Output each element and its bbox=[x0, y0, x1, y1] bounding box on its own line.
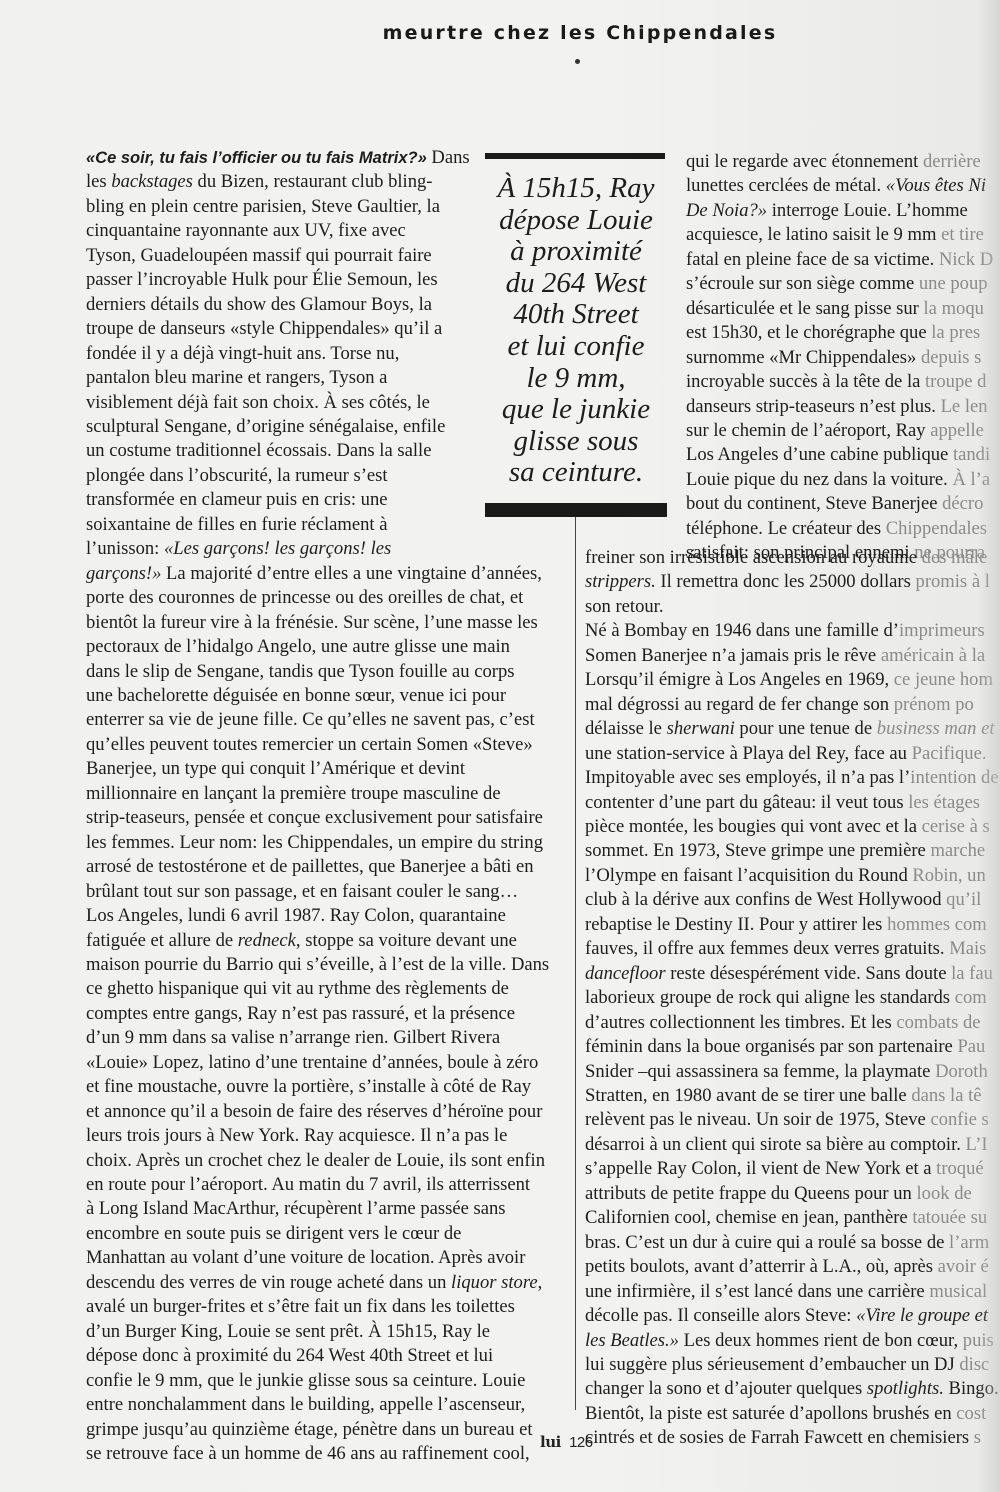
text-line: décolle pas. Il conseille alors Steve: «… bbox=[585, 1304, 1000, 1328]
text-segment: téléphone. Le créateur des bbox=[686, 518, 886, 539]
text-segment: qu’elles peuvent toutes remercier un cer… bbox=[86, 734, 533, 755]
text-segment: backstages bbox=[111, 171, 193, 192]
text-segment: la fau bbox=[951, 963, 993, 984]
text-segment: leurs trois jours à New York. Ray acquie… bbox=[86, 1125, 507, 1146]
text-segment: sherwani bbox=[667, 718, 735, 739]
text-segment: fauves, il offre aux femmes deux verres … bbox=[585, 938, 949, 959]
text-segment: Il remettra donc les 25000 dollars bbox=[656, 571, 916, 592]
text-segment: se retrouve face à un homme de 46 ans au… bbox=[86, 1443, 530, 1464]
text-line: encombre en soute puis se dirigent vers … bbox=[86, 1222, 556, 1246]
text-segment: cinquantaine rayonnante aux UV, fixe ave… bbox=[86, 220, 406, 241]
text-line: pièce montée, les bougies qui vont avec … bbox=[585, 815, 1000, 839]
text-segment: Les deux hommes rient de bon cœur, bbox=[679, 1330, 963, 1351]
text-segment: «Vous êtes Ni bbox=[886, 175, 986, 196]
text-line: petits boulots, avant d’atterrir à L.A.,… bbox=[585, 1255, 1000, 1279]
pull-quote-line: du 264 West bbox=[485, 268, 667, 300]
text-segment: lui suggère plus sérieusement d’embauche… bbox=[585, 1354, 959, 1375]
text-segment: d’un Burger King, Louie se sent prêt. À … bbox=[86, 1321, 490, 1342]
pull-quote-top-rule bbox=[485, 153, 665, 159]
text-segment: désarroi à un client qui sirote sa bière… bbox=[585, 1134, 966, 1155]
text-segment: avalé un burger-frites et s’être fait un… bbox=[86, 1296, 515, 1317]
text-line: relèvent pas le niveau. Un soir de 1975,… bbox=[585, 1108, 1000, 1132]
text-segment: d’autres collectionnent les timbres. Et … bbox=[585, 1012, 896, 1033]
text-segment: les bbox=[86, 171, 111, 192]
text-segment: descendu des verres de vin rouge acheté … bbox=[86, 1272, 451, 1293]
text-segment: une poup bbox=[919, 273, 988, 294]
text-segment: décolle pas. Il conseille alors Steve: bbox=[585, 1305, 856, 1326]
text-line: surnomme «Mr Chippendales» depuis s bbox=[686, 346, 1000, 370]
text-segment: tandi bbox=[953, 444, 990, 465]
text-line: Los Angeles d’une cabine publique tandi bbox=[686, 443, 1000, 467]
text-line: Stratten, en 1980 avant de se tirer une … bbox=[585, 1084, 1000, 1108]
text-segment: freiner son irrésistible ascension au ro… bbox=[585, 547, 922, 568]
pull-quote-line: et lui confie bbox=[485, 331, 667, 363]
text-segment: et tire bbox=[941, 224, 984, 245]
text-segment: les étages bbox=[908, 792, 980, 813]
text-segment: les femmes. Leur nom: les Chippendales, … bbox=[86, 832, 543, 853]
text-segment: dancefloor bbox=[585, 963, 666, 984]
text-segment: business man et bbox=[877, 718, 995, 739]
text-segment: spotlights. bbox=[867, 1378, 944, 1399]
text-line: cintrés et de sosies de Farrah Fawcett e… bbox=[585, 1426, 1000, 1450]
text-segment: délaisse le bbox=[585, 718, 667, 739]
text-line: est 15h30, et le chorégraphe que la pres bbox=[686, 321, 1000, 345]
text-segment: féminin dans la boue organisés par son p… bbox=[585, 1036, 957, 1057]
text-line: brûlant tout sur son passage, et en fais… bbox=[86, 880, 556, 904]
text-segment: derrière bbox=[923, 151, 981, 172]
text-segment: fatiguée et allure de bbox=[86, 930, 238, 951]
text-line: porte des couronnes de princesse ou des … bbox=[86, 586, 556, 610]
text-segment: son retour. bbox=[585, 596, 664, 617]
text-segment: Louie pique du nez dans la voiture. bbox=[686, 469, 952, 490]
text-segment: garçons!» bbox=[86, 563, 161, 584]
text-segment: Robin, un bbox=[912, 865, 985, 886]
text-segment: Californien cool, chemise en jean, panth… bbox=[585, 1207, 912, 1228]
text-segment: millionnaire en lançant la première trou… bbox=[86, 783, 501, 804]
text-line: s’écroule sur son siège comme une poup bbox=[686, 272, 1000, 296]
text-line: lunettes cerclées de métal. «Vous êtes N… bbox=[686, 174, 1000, 198]
text-line: les femmes. Leur nom: les Chippendales, … bbox=[86, 831, 556, 855]
page-footer: lui 126 bbox=[540, 1432, 593, 1452]
text-segment: ce ghetto hispanique qui vit au rythme d… bbox=[86, 978, 509, 999]
text-segment: ce jeune hom bbox=[894, 669, 993, 690]
ornament-dot bbox=[575, 59, 580, 64]
text-segment: une station-service à Playa del Rey, fac… bbox=[585, 743, 912, 764]
text-line: et fine moustache, ouvre la portière, s’… bbox=[86, 1075, 556, 1099]
text-segment: Pacifique. bbox=[912, 743, 987, 764]
text-segment: club à la dérive aux confins de West Hol… bbox=[585, 889, 946, 910]
text-segment: laborieux groupe de rock qui aligne les … bbox=[585, 987, 955, 1008]
text-segment: Nick D bbox=[939, 249, 993, 270]
text-segment: enterrer sa vie de jeune fille. Ce qu’el… bbox=[86, 709, 535, 730]
text-line: attributs de petite frappe du Queens pou… bbox=[585, 1182, 1000, 1206]
text-line: l’unisson: «Les garçons! les garçons! le… bbox=[86, 537, 556, 561]
pull-quote-line: le 9 mm, bbox=[485, 363, 667, 395]
text-segment: imprimeurs bbox=[899, 620, 985, 641]
text-line: De Noia?» interroge Louie. L’homme bbox=[686, 199, 1000, 223]
text-segment: troqué bbox=[936, 1158, 984, 1179]
text-line: à Long Island MacArthur, récupèrent l’ar… bbox=[86, 1197, 556, 1221]
text-segment: surnomme «Mr Chippendales» bbox=[686, 347, 921, 368]
text-line: ce ghetto hispanique qui vit au rythme d… bbox=[86, 977, 556, 1001]
text-segment: strippers. bbox=[585, 571, 656, 592]
text-segment: Mais bbox=[949, 938, 986, 959]
text-segment: promis à l bbox=[916, 571, 990, 592]
text-segment: cintrés et de sosies de Farrah Fawcett e… bbox=[585, 1427, 974, 1448]
text-segment: qu’il bbox=[946, 889, 981, 910]
text-line: «Louie» Lopez, latino d’une trentaine d’… bbox=[86, 1051, 556, 1075]
text-segment: fatal en pleine face de sa victime. bbox=[686, 249, 939, 270]
text-segment: «Ce soir, tu fais l’officier ou tu fais … bbox=[86, 149, 427, 167]
text-line: enterrer sa vie de jeune fille. Ce qu’el… bbox=[86, 708, 556, 732]
text-line: d’un Burger King, Louie se sent prêt. À … bbox=[86, 1320, 556, 1344]
text-segment: s bbox=[974, 1427, 981, 1448]
text-segment: transformée en clameur puis en cris: une bbox=[86, 489, 388, 510]
pull-quote-line: À 15h15, Ray bbox=[485, 173, 667, 205]
text-line: dancefloor reste désespérément vide. San… bbox=[585, 962, 1000, 986]
pull-quote-text: À 15h15, Raydépose Louieà proximitédu 26… bbox=[485, 173, 667, 489]
text-line: délaisse le sherwani pour une tenue de b… bbox=[585, 717, 1000, 741]
text-line: fatiguée et allure de redneck, stoppe sa… bbox=[86, 929, 556, 953]
text-segment: grimpe jusqu’au quinzième étage, pénètre… bbox=[86, 1419, 533, 1440]
pull-quote-line: glisse sous bbox=[485, 426, 667, 458]
text-segment: passer l’incroyable Hulk pour Élie Semou… bbox=[86, 269, 438, 290]
text-segment: visiblement déjà fait son choix. À ses c… bbox=[86, 392, 430, 413]
text-segment: relèvent pas le niveau. Un soir de 1975,… bbox=[585, 1109, 930, 1130]
text-line: Bientôt, la piste est saturée d’apollons… bbox=[585, 1402, 1000, 1426]
text-segment: en route pour l’aéroport. Au matin du 7 … bbox=[86, 1174, 530, 1195]
pull-quote-line: sa ceinture. bbox=[485, 457, 667, 489]
text-segment: Los Angeles, lundi 6 avril 1987. Ray Col… bbox=[86, 905, 506, 926]
article-column-right-upper: qui le regarde avec étonnement derrièrel… bbox=[686, 150, 1000, 566]
text-segment: bling en plein centre parisien, Steve Ga… bbox=[86, 196, 440, 217]
text-line: bout du continent, Steve Banerjee décro bbox=[686, 492, 1000, 516]
text-line: et annonce qu’il a besoin de faire des r… bbox=[86, 1100, 556, 1124]
text-segment: troupe d bbox=[925, 371, 986, 392]
text-segment: redneck bbox=[238, 930, 296, 951]
pull-quote-line: dépose Louie bbox=[485, 205, 667, 237]
text-segment: «Louie» Lopez, latino d’une trentaine d’… bbox=[86, 1052, 538, 1073]
text-segment: contenter d’une part du gâteau: il veut … bbox=[585, 792, 908, 813]
running-title: meurtre chez les Chippendales bbox=[330, 22, 830, 44]
text-line: confie le 9 mm, que le junkie glisse sou… bbox=[86, 1369, 556, 1393]
text-line: Banerjee, un type qui conquit l’Amérique… bbox=[86, 757, 556, 781]
text-segment: marche bbox=[930, 840, 985, 861]
text-segment: comptes entre gangs, Ray n’est pas rassu… bbox=[86, 1003, 515, 1024]
text-segment: cost bbox=[956, 1403, 986, 1424]
text-line: bientôt la fureur vire à la frénésie. Su… bbox=[86, 611, 556, 635]
text-line: s’appelle Ray Colon, il vient de New Yor… bbox=[585, 1157, 1000, 1181]
text-segment: look de bbox=[917, 1183, 972, 1204]
text-segment: Pau bbox=[957, 1036, 985, 1057]
text-segment: porte des couronnes de princesse ou des … bbox=[86, 587, 523, 608]
text-segment: disc bbox=[959, 1354, 989, 1375]
text-segment: depuis s bbox=[921, 347, 981, 368]
text-segment: confie s bbox=[930, 1109, 988, 1130]
text-segment: une infirmière, il s’est lancé dans une … bbox=[585, 1281, 929, 1302]
text-segment: rebaptise le Destiny II. Pour y attirer … bbox=[585, 914, 887, 935]
text-segment: Tyson, Guadeloupéen massif qui pourrait … bbox=[86, 245, 432, 266]
pull-quote-bottom-rule bbox=[485, 503, 667, 517]
text-segment: une bachelorette déguisée en bonne sœur,… bbox=[86, 685, 506, 706]
text-segment: Bientôt, la piste est saturée d’apollons… bbox=[585, 1403, 956, 1424]
text-segment: , bbox=[538, 1272, 543, 1293]
text-line: maison pourrie du Barrio qui s’éveille, … bbox=[86, 953, 556, 977]
text-segment: désarticulée et le sang pisse sur bbox=[686, 298, 924, 319]
text-line: changer la sono et d’ajouter quelques sp… bbox=[585, 1377, 1000, 1401]
text-segment: acquiesce, le latino saisit le 9 mm bbox=[686, 224, 941, 245]
text-line: freiner son irrésistible ascension au ro… bbox=[585, 546, 1000, 570]
text-line: en route pour l’aéroport. Au matin du 7 … bbox=[86, 1173, 556, 1197]
text-segment: s’écroule sur son siège comme bbox=[686, 273, 919, 294]
text-line: strip-teaseurs, pensée et conçue exclusi… bbox=[86, 806, 556, 830]
text-line: dépose donc à proximité du 264 West 40th… bbox=[86, 1344, 556, 1368]
text-segment: arrosé de testostérone et de paillettes,… bbox=[86, 856, 534, 877]
text-segment: bout du continent, Steve Banerjee bbox=[686, 493, 942, 514]
text-line: l’Olympe en faisant l’acquisition du Rou… bbox=[585, 864, 1000, 888]
text-line: sommet. En 1973, Steve grimpe une premiè… bbox=[585, 839, 1000, 863]
text-line: désarroi à un client qui sirote sa bière… bbox=[585, 1133, 1000, 1157]
text-segment: «Les garçons! les garçons! les bbox=[164, 538, 391, 559]
text-segment: com bbox=[955, 987, 987, 1008]
text-line: strippers. Il remettra donc les 25000 do… bbox=[585, 570, 1000, 594]
text-segment: musical bbox=[929, 1281, 987, 1302]
text-line: lui suggère plus sérieusement d’embauche… bbox=[585, 1353, 1000, 1377]
text-segment: d’un 9 mm dans sa valise n’arrange rien.… bbox=[86, 1027, 500, 1048]
text-segment: mal dégrossi au regard de fer change son bbox=[585, 694, 894, 715]
text-segment: La majorité d’entre elles a une vingtain… bbox=[161, 563, 542, 584]
text-segment: la moqu bbox=[924, 298, 984, 319]
text-line: danseurs strip-teaseurs n’est plus. Le l… bbox=[686, 395, 1000, 419]
text-line: millionnaire en lançant la première trou… bbox=[86, 782, 556, 806]
pull-quote: À 15h15, Raydépose Louieà proximitédu 26… bbox=[485, 153, 667, 489]
text-segment: dépose donc à proximité du 264 West 40th… bbox=[86, 1345, 493, 1366]
text-segment: incroyable succès à la tête de la bbox=[686, 371, 925, 392]
text-line: Né à Bombay en 1946 dans une famille d’i… bbox=[585, 619, 1000, 643]
text-segment: sur le chemin de l’aéroport, Ray bbox=[686, 420, 930, 441]
text-line: rebaptise le Destiny II. Pour y attirer … bbox=[585, 913, 1000, 937]
text-line: Somen Banerjee n’a jamais pris le rêve a… bbox=[585, 644, 1000, 668]
text-segment: Impitoyable avec ses employés, il n’a pa… bbox=[585, 767, 910, 788]
text-segment: danseurs strip-teaseurs n’est plus. bbox=[686, 396, 941, 417]
text-line: se retrouve face à un homme de 46 ans au… bbox=[86, 1442, 556, 1466]
text-segment: strip-teaseurs, pensée et conçue exclusi… bbox=[86, 807, 543, 828]
text-line: qu’elles peuvent toutes remercier un cer… bbox=[86, 733, 556, 757]
text-segment: Stratten, en 1980 avant de se tirer une … bbox=[585, 1085, 911, 1106]
text-line: bras. C’est un dur à cuire qui a roulé s… bbox=[585, 1231, 1000, 1255]
text-segment: un costume traditionnel écossais. Dans l… bbox=[86, 440, 431, 461]
text-segment: derniers détails du show des Glamour Boy… bbox=[86, 294, 432, 315]
text-line: fatal en pleine face de sa victime. Nick… bbox=[686, 248, 1000, 272]
column-divider-rule bbox=[575, 517, 576, 1410]
text-segment: dans la tê bbox=[911, 1085, 981, 1106]
text-segment: l’arm bbox=[949, 1232, 989, 1253]
text-line: Californien cool, chemise en jean, panth… bbox=[585, 1206, 1000, 1230]
text-segment: l’Olympe en faisant l’acquisition du Rou… bbox=[585, 865, 912, 886]
text-line: grimpe jusqu’au quinzième étage, pénètre… bbox=[86, 1418, 556, 1442]
text-line: mal dégrossi au regard de fer change son… bbox=[585, 693, 1000, 717]
text-segment: plongée dans l’obscurité, la rumeur s’es… bbox=[86, 465, 388, 486]
text-line: fauves, il offre aux femmes deux verres … bbox=[585, 937, 1000, 961]
text-line: descendu des verres de vin rouge acheté … bbox=[86, 1271, 556, 1295]
text-segment: encombre en soute puis se dirigent vers … bbox=[86, 1223, 461, 1244]
text-segment: Los Angeles d’une cabine publique bbox=[686, 444, 953, 465]
text-segment: qui le regarde avec étonnement bbox=[686, 151, 923, 172]
text-line: incroyable succès à la tête de la troupe… bbox=[686, 370, 1000, 394]
text-line: Impitoyable avec ses employés, il n’a pa… bbox=[585, 766, 1000, 790]
text-line: dans le slip de Sengane, tandis que Tyso… bbox=[86, 660, 556, 684]
text-segment: Banerjee, un type qui conquit l’Amérique… bbox=[86, 758, 465, 779]
text-segment: soixantaine de filles en furie réclament… bbox=[86, 514, 388, 535]
text-line: désarticulée et le sang pisse sur la moq… bbox=[686, 297, 1000, 321]
text-segment: bientôt la fureur vire à la frénésie. Su… bbox=[86, 612, 538, 633]
text-segment: attributs de petite frappe du Queens pou… bbox=[585, 1183, 917, 1204]
text-segment: l’unisson: bbox=[86, 538, 164, 559]
text-segment: À l’a bbox=[952, 469, 990, 490]
text-segment: Lorsqu’il émigre à Los Angeles en 1969, bbox=[585, 669, 894, 690]
text-segment: hommes com bbox=[887, 914, 987, 935]
text-segment: L’I bbox=[966, 1134, 988, 1155]
text-segment: brûlant tout sur son passage, et en fais… bbox=[86, 881, 518, 902]
text-segment: Né à Bombay en 1946 dans une famille d’ bbox=[585, 620, 899, 641]
pull-quote-line: que le junkie bbox=[485, 394, 667, 426]
text-line: les Beatles.» Les deux hommes rient de b… bbox=[585, 1329, 1000, 1353]
text-segment: sommet. En 1973, Steve grimpe une premiè… bbox=[585, 840, 930, 861]
text-segment: avoir é bbox=[938, 1256, 989, 1277]
text-line: Snider –qui assassinera sa femme, la pla… bbox=[585, 1060, 1000, 1084]
text-line: contenter d’une part du gâteau: il veut … bbox=[585, 791, 1000, 815]
text-segment: maison pourrie du Barrio qui s’éveille, … bbox=[86, 954, 549, 975]
text-segment: changer la sono et d’ajouter quelques bbox=[585, 1378, 867, 1399]
text-line: féminin dans la boue organisés par son p… bbox=[585, 1035, 1000, 1059]
text-line: qui le regarde avec étonnement derrière bbox=[686, 150, 1000, 174]
text-segment: bras. C’est un dur à cuire qui a roulé s… bbox=[585, 1232, 949, 1253]
text-segment: combats de bbox=[896, 1012, 980, 1033]
text-line: entre nonchalamment dans le building, ap… bbox=[86, 1393, 556, 1417]
article-column-right-lower: freiner son irrésistible ascension au ro… bbox=[585, 546, 1000, 1451]
text-line: d’un 9 mm dans sa valise n’arrange rien.… bbox=[86, 1026, 556, 1050]
text-segment: pièce montée, les bougies qui vont avec … bbox=[585, 816, 922, 837]
text-line: avalé un burger-frites et s’être fait un… bbox=[86, 1295, 556, 1319]
text-segment: Dans bbox=[427, 147, 470, 168]
text-line: choix. Après un crochet chez le dealer d… bbox=[86, 1149, 556, 1173]
text-line: laborieux groupe de rock qui aligne les … bbox=[585, 986, 1000, 1010]
text-segment: décro bbox=[942, 493, 983, 514]
text-segment: pectoraux de l’hidalgo Angelo, une autre… bbox=[86, 636, 510, 657]
text-segment: du Bizen, restaurant club bling- bbox=[193, 171, 433, 192]
text-segment: sculptural Sengane, d’origine sénégalais… bbox=[86, 416, 445, 437]
text-line: Lorsqu’il émigre à Los Angeles en 1969, … bbox=[585, 668, 1000, 692]
text-line: arrosé de testostérone et de paillettes,… bbox=[86, 855, 556, 879]
text-segment: est 15h30, et le chorégraphe que bbox=[686, 322, 931, 343]
text-segment: liquor store bbox=[451, 1272, 538, 1293]
pull-quote-line: à proximité bbox=[485, 236, 667, 268]
text-line: Louie pique du nez dans la voiture. À l’… bbox=[686, 468, 1000, 492]
text-segment: confie le 9 mm, que le junkie glisse sou… bbox=[86, 1370, 525, 1391]
text-segment: troupe de danseurs «style Chippendales» … bbox=[86, 318, 442, 339]
text-segment: pantalon bleu marine et rangers, Tyson a bbox=[86, 367, 387, 388]
text-segment: reste désespérément vide. Sans doute bbox=[666, 963, 952, 984]
text-segment: et annonce qu’il a besoin de faire des r… bbox=[86, 1101, 542, 1122]
text-line: acquiesce, le latino saisit le 9 mm et t… bbox=[686, 223, 1000, 247]
text-segment: appelle bbox=[930, 420, 984, 441]
text-line: pectoraux de l’hidalgo Angelo, une autre… bbox=[86, 635, 556, 659]
text-segment: lunettes cerclées de métal. bbox=[686, 175, 886, 196]
text-segment: cerise à s bbox=[922, 816, 990, 837]
text-segment: prénom po bbox=[894, 694, 974, 715]
pull-quote-line: 40th Street bbox=[485, 299, 667, 331]
text-segment: , stoppe sa voiture devant une bbox=[296, 930, 517, 951]
text-segment: et fine moustache, ouvre la portière, s’… bbox=[86, 1076, 531, 1097]
text-segment: petits boulots, avant d’atterrir à L.A.,… bbox=[585, 1256, 938, 1277]
text-segment: tatouée su bbox=[912, 1207, 987, 1228]
text-line: sur le chemin de l’aéroport, Ray appelle bbox=[686, 419, 1000, 443]
text-segment: la pres bbox=[931, 322, 980, 343]
text-segment: entre nonchalamment dans le building, ap… bbox=[86, 1394, 525, 1415]
text-segment: «Vire le groupe et bbox=[856, 1305, 988, 1326]
text-segment: Chippendales bbox=[886, 518, 987, 539]
text-segment: fondée il y a déjà vingt-huit ans. Torse… bbox=[86, 343, 399, 364]
text-line: d’autres collectionnent les timbres. Et … bbox=[585, 1011, 1000, 1035]
text-segment: puis bbox=[963, 1330, 994, 1351]
text-line: une bachelorette déguisée en bonne sœur,… bbox=[86, 684, 556, 708]
text-segment: dans le slip de Sengane, tandis que Tyso… bbox=[86, 661, 515, 682]
text-segment: Somen Banerjee n’a jamais pris le rêve bbox=[585, 645, 881, 666]
text-segment: s’appelle Ray Colon, il vient de New Yor… bbox=[585, 1158, 936, 1179]
text-segment: Le len bbox=[941, 396, 988, 417]
text-segment: De Noia?» bbox=[686, 200, 767, 221]
text-segment: interroge Louie. L’homme bbox=[767, 200, 968, 221]
text-line: une station-service à Playa del Rey, fac… bbox=[585, 742, 1000, 766]
text-line: une infirmière, il s’est lancé dans une … bbox=[585, 1280, 1000, 1304]
magazine-logo: lui bbox=[540, 1433, 561, 1451]
text-line: son retour. bbox=[585, 595, 1000, 619]
text-line: comptes entre gangs, Ray n’est pas rassu… bbox=[86, 1002, 556, 1026]
text-segment: américain à la bbox=[881, 645, 985, 666]
text-segment: Manhattan au volant d’une voiture de loc… bbox=[86, 1247, 525, 1268]
text-line: téléphone. Le créateur des Chippendales bbox=[686, 517, 1000, 541]
text-segment: Snider –qui assassinera sa femme, la pla… bbox=[585, 1061, 935, 1082]
text-line: club à la dérive aux confins de West Hol… bbox=[585, 888, 1000, 912]
text-segment: choix. Après un crochet chez le dealer d… bbox=[86, 1150, 545, 1171]
page-number: 126 bbox=[569, 1434, 593, 1451]
text-line: leurs trois jours à New York. Ray acquie… bbox=[86, 1124, 556, 1148]
text-line: Manhattan au volant d’une voiture de loc… bbox=[86, 1246, 556, 1270]
text-line: Los Angeles, lundi 6 avril 1987. Ray Col… bbox=[86, 904, 556, 928]
text-segment: les Beatles.» bbox=[585, 1330, 679, 1351]
text-line: garçons!» La majorité d’entre elles a un… bbox=[86, 562, 556, 586]
text-segment: intention de bbox=[910, 767, 998, 788]
text-segment: à Long Island MacArthur, récupèrent l’ar… bbox=[86, 1198, 506, 1219]
text-segment: Bingo. bbox=[944, 1378, 999, 1399]
text-segment: Doroth bbox=[935, 1061, 988, 1082]
text-segment: des mâle bbox=[922, 547, 988, 568]
text-segment: pour une tenue de bbox=[735, 718, 877, 739]
